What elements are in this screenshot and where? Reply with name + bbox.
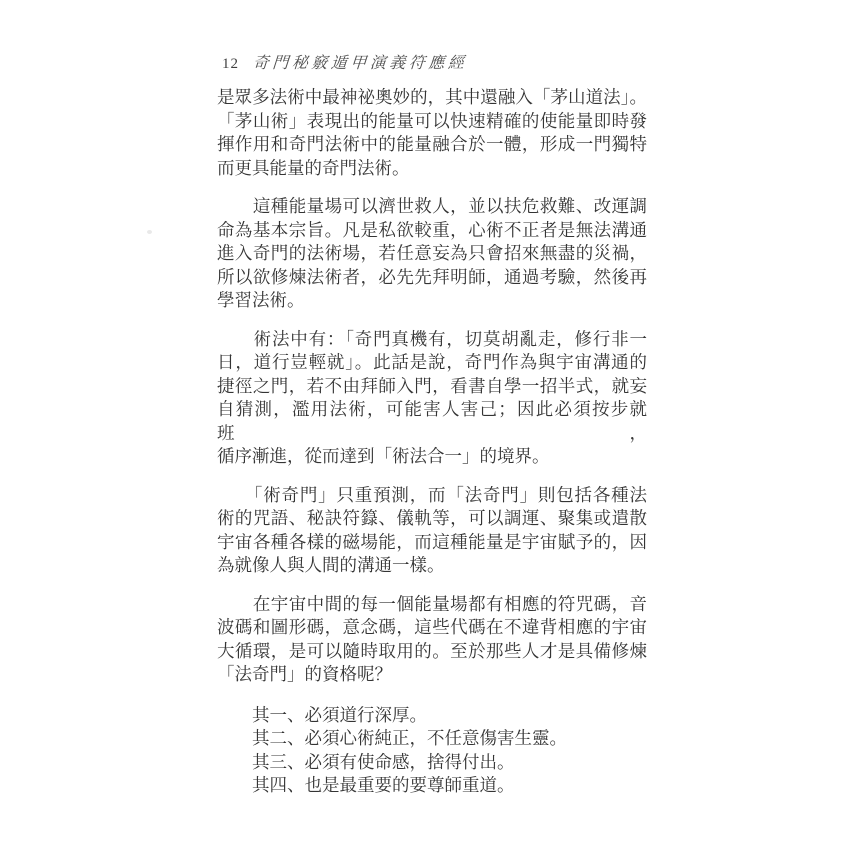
text-line: 「茅山術」表現出的能量可以快速精確的使能量即時發 xyxy=(217,110,647,134)
text-line: 揮作用和奇門法術中的能量融合於一體，形成一門獨特 xyxy=(217,133,647,157)
book-page: 12 奇門秘竅遁甲演義符應經 是眾多法術中最神祕奧妙的，其中還融入「茅山道法」。… xyxy=(0,0,850,850)
text-line: 而更具能量的奇門法術。 xyxy=(217,157,647,181)
paragraph: 術法中有：「奇門真機有，切莫胡亂走，修行非一 日，道行豈輕就」。此話是說，奇門作… xyxy=(217,328,647,469)
text-line: 這種能量場可以濟世救人，並以扶危救難、改運調 xyxy=(217,195,647,219)
paragraph: 是眾多法術中最神祕奧妙的，其中還融入「茅山道法」。 「茅山術」表現出的能量可以快… xyxy=(217,86,647,180)
text-line: 自猜測，濫用法術，可能害人害己；因此必須按步就班， xyxy=(217,398,647,445)
numbered-list: 其一、必須道行深厚。 其二、必須心術純正，不任意傷害生靈。 其三、必須有使命感，… xyxy=(217,704,647,798)
paragraph: 這種能量場可以濟世救人，並以扶危救難、改運調 命為基本宗旨。凡是私欲較重，心術不… xyxy=(217,195,647,313)
text-line: 「法奇門」的資格呢？ xyxy=(217,663,647,687)
text-line: 在宇宙中間的每一個能量場都有相應的符咒碼，音 xyxy=(217,593,647,617)
paragraph: 「術奇門」只重預測，而「法奇門」則包括各種法 術的咒語、秘訣符籙、儀軌等，可以調… xyxy=(217,484,647,578)
text-line: 進入奇門的法術場，若任意妄為只會招來無盡的災禍， xyxy=(217,242,647,266)
running-header: 12 奇門秘竅遁甲演義符應經 xyxy=(222,50,468,73)
text-line: 大循環，是可以隨時取用的。至於那些人才是具備修煉 xyxy=(217,640,647,664)
text-line: 宇宙各種各樣的磁場能，而這種能量是宇宙賦予的，因 xyxy=(217,531,647,555)
text-line: 為就像人與人間的溝通一樣。 xyxy=(217,554,647,578)
text-line: 「術奇門」只重預測，而「法奇門」則包括各種法 xyxy=(217,484,647,508)
text-line: 日，道行豈輕就」。此話是說，奇門作為與宇宙溝通的 xyxy=(217,351,647,375)
list-item: 其二、必須心術純正，不任意傷害生靈。 xyxy=(217,727,647,751)
text-line: 所以欲修煉法術者，必先先拜明師，通過考驗，然後再 xyxy=(217,266,647,290)
body-text-column: 是眾多法術中最神祕奧妙的，其中還融入「茅山道法」。 「茅山術」表現出的能量可以快… xyxy=(217,86,647,798)
paragraph: 在宇宙中間的每一個能量場都有相應的符咒碼，音 波碼和圖形碼，意念碼，這些代碼在不… xyxy=(217,593,647,687)
list-item: 其四、也是最重要的要尊師重道。 xyxy=(217,774,647,798)
text-line: 術法中有：「奇門真機有，切莫胡亂走，修行非一 xyxy=(217,328,647,352)
text-line: 術的咒語、秘訣符籙、儀軌等，可以調運、聚集或遣散 xyxy=(217,507,647,531)
book-title: 奇門秘竅遁甲演義符應經 xyxy=(252,50,468,73)
text-line: 命為基本宗旨。凡是私欲較重，心術不正者是無法溝通 xyxy=(217,219,647,243)
text-line: 循序漸進，從而達到「術法合一」的境界。 xyxy=(217,445,647,469)
text-line: 波碼和圖形碼，意念碼，這些代碼在不違背相應的宇宙 xyxy=(217,616,647,640)
text-line: 是眾多法術中最神祕奧妙的，其中還融入「茅山道法」。 xyxy=(217,86,647,110)
list-item: 其一、必須道行深厚。 xyxy=(217,704,647,728)
page-number: 12 xyxy=(222,56,239,73)
list-item: 其三、必須有使命感，捨得付出。 xyxy=(217,751,647,775)
text-line: 學習法術。 xyxy=(217,289,647,313)
scan-artifact xyxy=(147,230,152,234)
text-line: 捷徑之門，若不由拜師入門，看書自學一招半式，就妄 xyxy=(217,375,647,399)
